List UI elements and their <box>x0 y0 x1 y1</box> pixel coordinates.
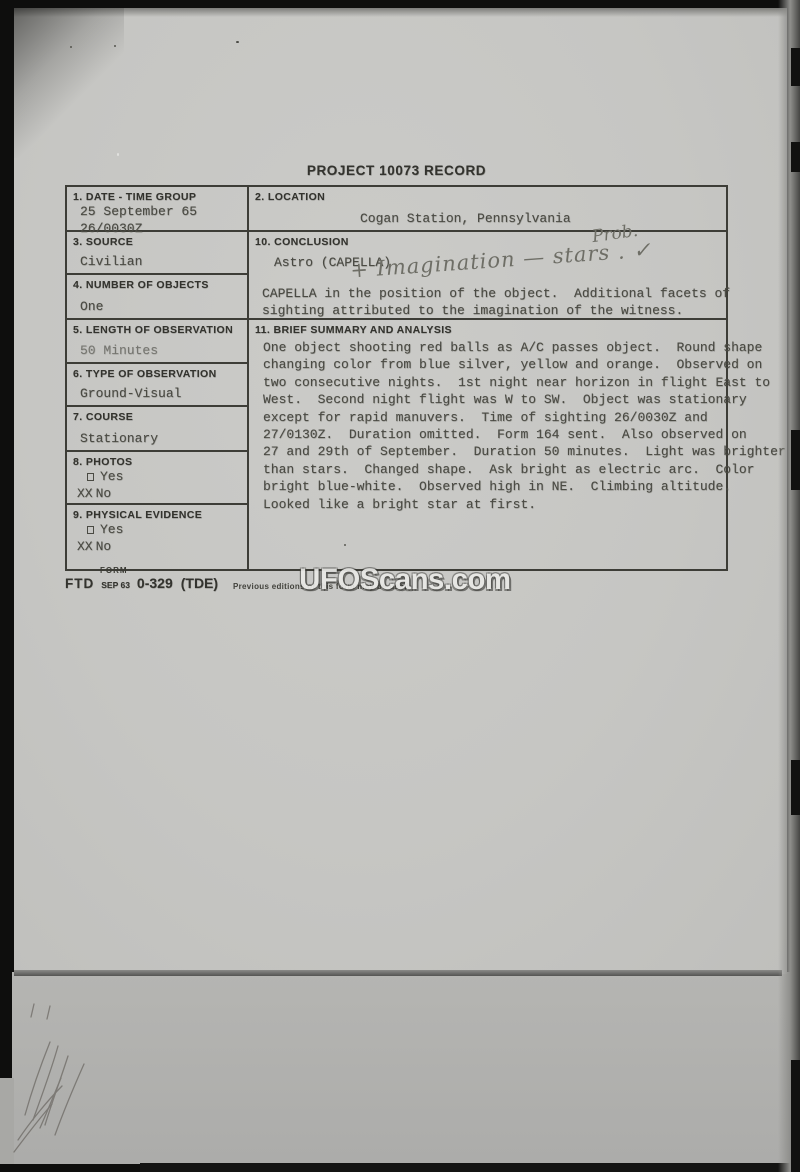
field-label: 1. DATE - TIME GROUP <box>67 187 247 203</box>
photos-no-option: XX No <box>67 485 247 506</box>
field-conclusion: 10. CONCLUSION Astro (CAPELLA) CAPELLA i… <box>249 232 726 320</box>
field-location: 2. LOCATION Cogan Station, Pennsylvania <box>249 187 726 232</box>
field-label: 7. COURSE <box>67 407 247 423</box>
scan-right-edge <box>778 0 800 1172</box>
scan-edge-blotch <box>791 142 800 172</box>
paper-speck <box>114 45 116 47</box>
field-type-of-observation: 6. TYPE OF OBSERVATION Ground-Visual <box>67 364 247 407</box>
yes-label: Yes <box>100 468 123 485</box>
field-course: 7. COURSE Stationary <box>67 407 247 452</box>
paper-top-shadow <box>14 8 787 17</box>
paper-speck <box>70 46 72 48</box>
scan-bottom-edge <box>140 1163 800 1172</box>
field-label: 6. TYPE OF OBSERVATION <box>67 364 247 380</box>
field-label: 4. NUMBER OF OBJECTS <box>67 275 247 291</box>
scanned-document-page: PROJECT 10073 RECORD 1. DATE - TIME GROU… <box>0 0 800 1172</box>
pen-scribbles <box>0 990 120 1170</box>
xx-mark: XX <box>77 538 93 555</box>
field-label: 8. PHOTOS <box>67 452 247 468</box>
paper-speck <box>344 544 346 546</box>
form-right-column: 2. LOCATION Cogan Station, Pennsylvania … <box>249 187 726 569</box>
summary-body: One object shooting red balls as A/C pas… <box>249 336 800 513</box>
field-date-time-group: 1. DATE - TIME GROUP 25 September 65 26/… <box>67 187 247 232</box>
yes-label: Yes <box>100 521 123 538</box>
field-value: Stationary <box>67 430 247 450</box>
ftd-label: FTD <box>65 576 94 591</box>
paper-speck <box>117 153 119 156</box>
field-label: 9. PHYSICAL EVIDENCE <box>67 505 247 521</box>
paper-bottom-edge <box>14 970 782 976</box>
no-label: No <box>96 538 112 555</box>
no-label: No <box>96 485 112 502</box>
field-label: 3. SOURCE <box>67 232 247 248</box>
field-value: Civilian <box>67 253 247 273</box>
field-value: Ground-Visual <box>67 385 247 405</box>
scan-edge-blotch <box>791 430 800 490</box>
field-value: One <box>67 298 247 318</box>
scan-edge-blotch <box>791 1060 800 1172</box>
field-label: 5. LENGTH OF OBSERVATION <box>67 320 247 336</box>
checkbox-icon <box>87 526 94 534</box>
scan-edge-blotch <box>791 760 800 815</box>
field-photos: 8. PHOTOS Yes XX No <box>67 452 247 505</box>
evidence-no-option: XX No <box>67 538 247 559</box>
form-number-label: 0-329 <box>137 575 173 591</box>
xx-mark: XX <box>77 485 93 502</box>
conclusion-body: CAPELLA in the position of the object. A… <box>262 285 800 320</box>
photos-yes-option: Yes <box>67 468 247 485</box>
page-title: PROJECT 10073 RECORD <box>65 163 728 178</box>
form-word-label: FORM <box>100 566 128 575</box>
field-value: 50 Minutes <box>67 342 247 362</box>
field-length-of-observation: 5. LENGTH OF OBSERVATION 50 Minutes <box>67 320 247 364</box>
field-label: 10. CONCLUSION <box>249 232 726 248</box>
form-id-line: FTD SEP 63 0-329 (TDE) <box>65 575 218 591</box>
field-brief-summary: 11. BRIEF SUMMARY AND ANALYSIS One objec… <box>249 320 726 513</box>
field-physical-evidence: 9. PHYSICAL EVIDENCE Yes XX No <box>67 505 247 560</box>
checkbox-icon <box>87 473 94 481</box>
form-paper: PROJECT 10073 RECORD 1. DATE - TIME GROU… <box>14 8 787 974</box>
field-label: 2. LOCATION <box>249 187 726 203</box>
scan-edge-blotch <box>791 48 800 86</box>
field-number-of-objects: 4. NUMBER OF OBJECTS One <box>67 275 247 320</box>
field-source: 3. SOURCE Civilian <box>67 232 247 275</box>
form-left-column: 1. DATE - TIME GROUP 25 September 65 26/… <box>67 187 249 569</box>
form-date-label: SEP 63 <box>101 580 130 590</box>
ufoscans-watermark: UFOScans.com <box>299 563 510 597</box>
backing-sheet <box>12 972 800 1164</box>
evidence-yes-option: Yes <box>67 521 247 538</box>
field-value: Cogan Station, Pennsylvania <box>249 210 726 230</box>
corner-shadow <box>14 8 124 158</box>
paper-speck <box>236 41 239 43</box>
form-tde-label: (TDE) <box>181 575 218 591</box>
field-label: 11. BRIEF SUMMARY AND ANALYSIS <box>249 320 726 336</box>
